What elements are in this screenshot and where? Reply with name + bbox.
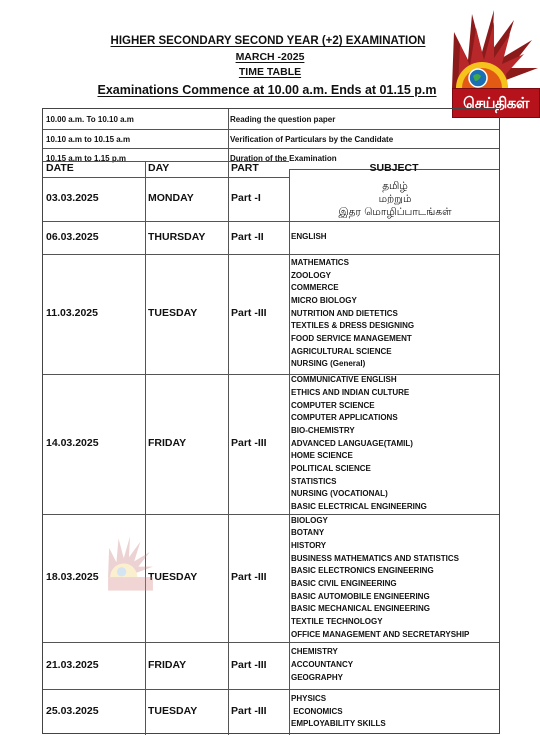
exam-day: TUESDAY [148,571,197,583]
subject-list: BIOLOGY BOTANY HISTORY BUSINESS MATHEMAT… [291,515,469,642]
exam-part: Part -I [231,192,261,204]
timetable: 10.00 a.m. To 10.10 a.mReading the quest… [42,108,500,734]
exam-part: Part -III [231,437,267,449]
subject-list: COMMUNICATIVE ENGLISH ETHICS AND INDIAN … [291,374,427,514]
exam-day: FRIDAY [148,437,186,449]
subject-list: MATHEMATICS ZOOLOGY COMMERCE MICRO BIOLO… [291,257,414,371]
row-divider [43,374,499,375]
divider [145,161,146,735]
exam-part: Part -III [231,571,267,583]
date-header: DATE [46,162,74,174]
exam-part: Part -III [231,659,267,671]
watermark-logo [106,536,154,592]
row-divider [43,642,499,643]
exam-date: 11.03.2025 [46,307,98,319]
exam-date: 14.03.2025 [46,437,99,449]
exam-day: THURSDAY [148,231,205,243]
subject-list: தமிழ் மற்றும் இதர மொழிப்பாடங்கள் [289,180,501,219]
exam-date: 03.03.2025 [46,192,99,204]
divider [43,177,289,178]
divider [43,129,499,130]
row-divider [43,254,499,255]
exam-day: TUESDAY [148,307,197,319]
divider [228,161,229,735]
row-divider [43,689,499,690]
note-activity: Reading the question paper [230,115,335,124]
divider [228,109,229,161]
exam-date: 21.03.2025 [46,659,99,671]
exam-day: TUESDAY [148,705,197,717]
sunburst-icon [448,10,540,92]
subject-list: ENGLISH [291,231,327,244]
exam-date: 06.03.2025 [46,231,99,243]
watermark-sunburst-icon [106,536,154,592]
exam-day: FRIDAY [148,659,186,671]
note-time: 10.00 a.m. To 10.10 a.m [46,115,134,124]
exam-part: Part -III [231,705,267,717]
exam-date: 25.03.2025 [46,705,99,717]
subject-list: CHEMISTRY ACCOUNTANCY GEOGRAPHY [291,646,353,684]
part-header: PART [231,162,259,174]
channel-logo: செய்திகள் [448,10,540,116]
note-time: 10.10 a.m to 10.15 a.m [46,135,130,144]
exam-part: Part -III [231,307,267,319]
exam-part: Part -II [231,231,264,243]
day-header: DAY [148,162,169,174]
exam-day: MONDAY [148,192,194,204]
subject-header: SUBJECT [289,162,499,174]
subject-list: PHYSICS ECONOMICS EMPLOYABILITY SKILLS [291,693,386,731]
row-divider [43,221,499,222]
exam-date: 18.03.2025 [46,571,99,583]
note-activity: Verification of Particulars by the Candi… [230,135,393,144]
divider [43,148,499,149]
